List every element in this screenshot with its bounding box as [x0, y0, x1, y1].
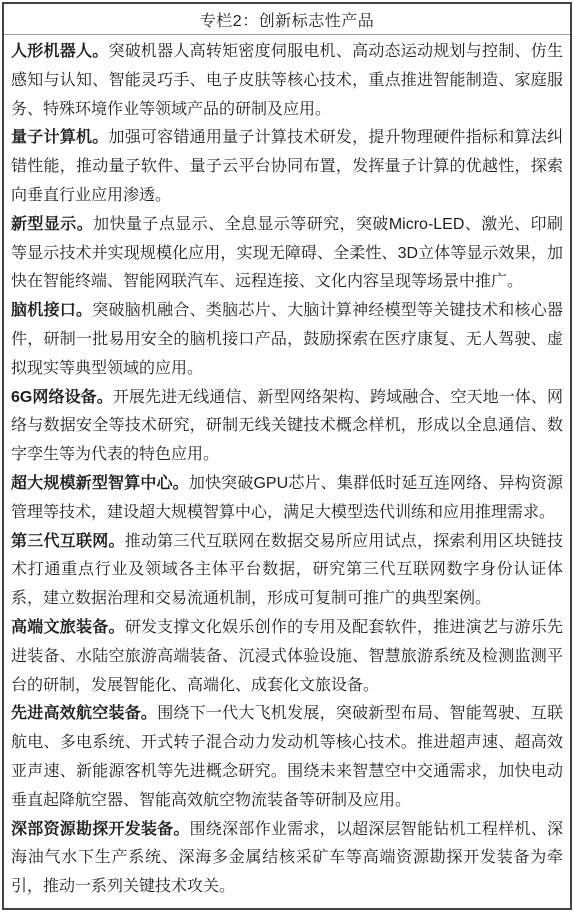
- paragraph-term: 新型显示。: [11, 216, 93, 233]
- column-body: 人形机器人。突破机器人高转矩密度伺服电机、高动态运动规划与控制、仿生感知与认知、…: [4, 35, 570, 908]
- paragraph: 量子计算机。加强可容错通用量子计算技术研发，提升物理硬件指标和算法纠错性能，推动…: [11, 124, 563, 210]
- paragraph-text: 突破脑机融合、类脑芯片、大脑计算神经模型等关键技术和核心器件，研制一批易用安全的…: [11, 302, 563, 377]
- paragraph-term: 高端文旅装备。: [11, 619, 125, 636]
- paragraph-term: 超大规模新型智算中心。: [11, 475, 189, 492]
- paragraph: 高端文旅装备。研发支撑文化娱乐创作的专用及配套软件，推进演艺与游乐先进装备、水陆…: [11, 614, 563, 700]
- paragraph-term: 6G网络设备。: [11, 389, 113, 406]
- paragraph-term: 先进高效航空装备。: [11, 705, 157, 722]
- column-box: 专栏2：创新标志性产品 人形机器人。突破机器人高转矩密度伺服电机、高动态运动规划…: [2, 2, 572, 910]
- paragraph: 超大规模新型智算中心。加快突破GPU芯片、集群低时延互连网络、异构资源管理等技术…: [11, 470, 563, 528]
- paragraph-term: 第三代互联网。: [11, 533, 125, 550]
- paragraph: 脑机接口。突破脑机融合、类脑芯片、大脑计算神经模型等关键技术和核心器件，研制一批…: [11, 297, 563, 383]
- paragraph: 先进高效航空装备。围绕下一代大飞机发展，突破新型布局、智能驾驶、互联航电、多电系…: [11, 700, 563, 815]
- paragraph: 人形机器人。突破机器人高转矩密度伺服电机、高动态运动规划与控制、仿生感知与认知、…: [11, 38, 563, 124]
- paragraph-text: 加快量子点显示、全息显示等研究，突破Micro-LED、激光、印刷等显示技术并实…: [11, 216, 563, 291]
- column-title-row: 专栏2：创新标志性产品: [4, 4, 570, 35]
- paragraph: 新型显示。加快量子点显示、全息显示等研究，突破Micro-LED、激光、印刷等显…: [11, 211, 563, 297]
- paragraph-term: 人形机器人。: [11, 43, 108, 60]
- paragraph-term: 量子计算机。: [11, 129, 108, 146]
- paragraph-term: 深部资源勘探开发装备。: [11, 821, 190, 838]
- paragraph: 6G网络设备。开展先进无线通信、新型网络架构、跨域融合、空天地一体、网络与数据安…: [11, 384, 563, 470]
- column-title: 专栏2：创新标志性产品: [200, 8, 374, 31]
- paragraph: 第三代互联网。推动第三代互联网在数据交易所应用试点，探索利用区块链技术打通重点行…: [11, 528, 563, 614]
- paragraph: 深部资源勘探开发装备。围绕深部作业需求，以超深层智能钻机工程样机、深海油气水下生…: [11, 816, 563, 902]
- paragraph-term: 脑机接口。: [11, 302, 92, 319]
